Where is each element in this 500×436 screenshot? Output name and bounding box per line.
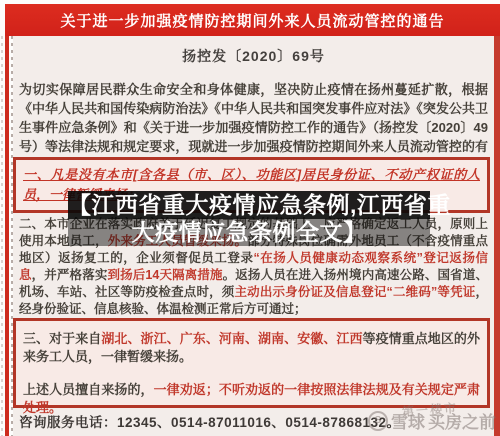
watermark-main-label: 买房之前 — [428, 408, 496, 433]
caption-overlay: 【江西省重大疫情应急条例,江西省重 大疫情应急条例全文】 — [68, 191, 430, 246]
text-segment: 上述人员擅自来扬的， — [23, 382, 154, 397]
document-number: 扬控发〔2020〕69号 — [13, 46, 494, 66]
notice-image: 关于进一步加强疫情防控期间外来人员流动管控的通告 扬控发〔2020〕69号 为切… — [0, 0, 500, 436]
banner-title: 关于进一步加强疫情防控期间外来人员流动管控的通告 — [60, 10, 444, 31]
text-segment: ，并严格落实 — [32, 268, 108, 282]
caption-line-1: 【江西省重大疫情应急条例,江西省重 — [68, 191, 430, 219]
right-red-border-strip — [494, 36, 500, 436]
text-segment: 三、对于来自 — [23, 331, 101, 346]
watermark-site-name: 雪球 — [391, 408, 425, 433]
text-segment: 湖北、浙江、广东、河南、湖南、安徽、江西 — [101, 331, 362, 346]
hotline-text: 咨询服务电话：12345、0514-87011016、0514-87868132… — [19, 411, 400, 431]
watermark: S 雪球 买房之前 — [368, 408, 496, 433]
left-outer-perforation-line — [1, 36, 3, 436]
left-red-border-strip — [5, 36, 9, 436]
notice-banner: 关于进一步加强疫情防控期间外来人员流动管控的通告 — [5, 4, 500, 36]
item-3-box: 三、对于来自湖北、浙江、广东、河南、湖南、安徽、江西等疫情重点地区的外来务工人员… — [13, 318, 490, 408]
xueqiu-logo-icon: S — [368, 411, 388, 431]
item-3-text: 三、对于来自湖北、浙江、广东、河南、湖南、安徽、江西等疫情重点地区的外来务工人员… — [23, 330, 480, 366]
text-segment: 到扬后14天隔离措施 — [107, 268, 222, 282]
text-segment: 主动出示身份证及信息登记“二维码”等凭证 — [234, 285, 475, 299]
caption-line-2: 大疫情应急条例全文】 — [68, 219, 430, 246]
